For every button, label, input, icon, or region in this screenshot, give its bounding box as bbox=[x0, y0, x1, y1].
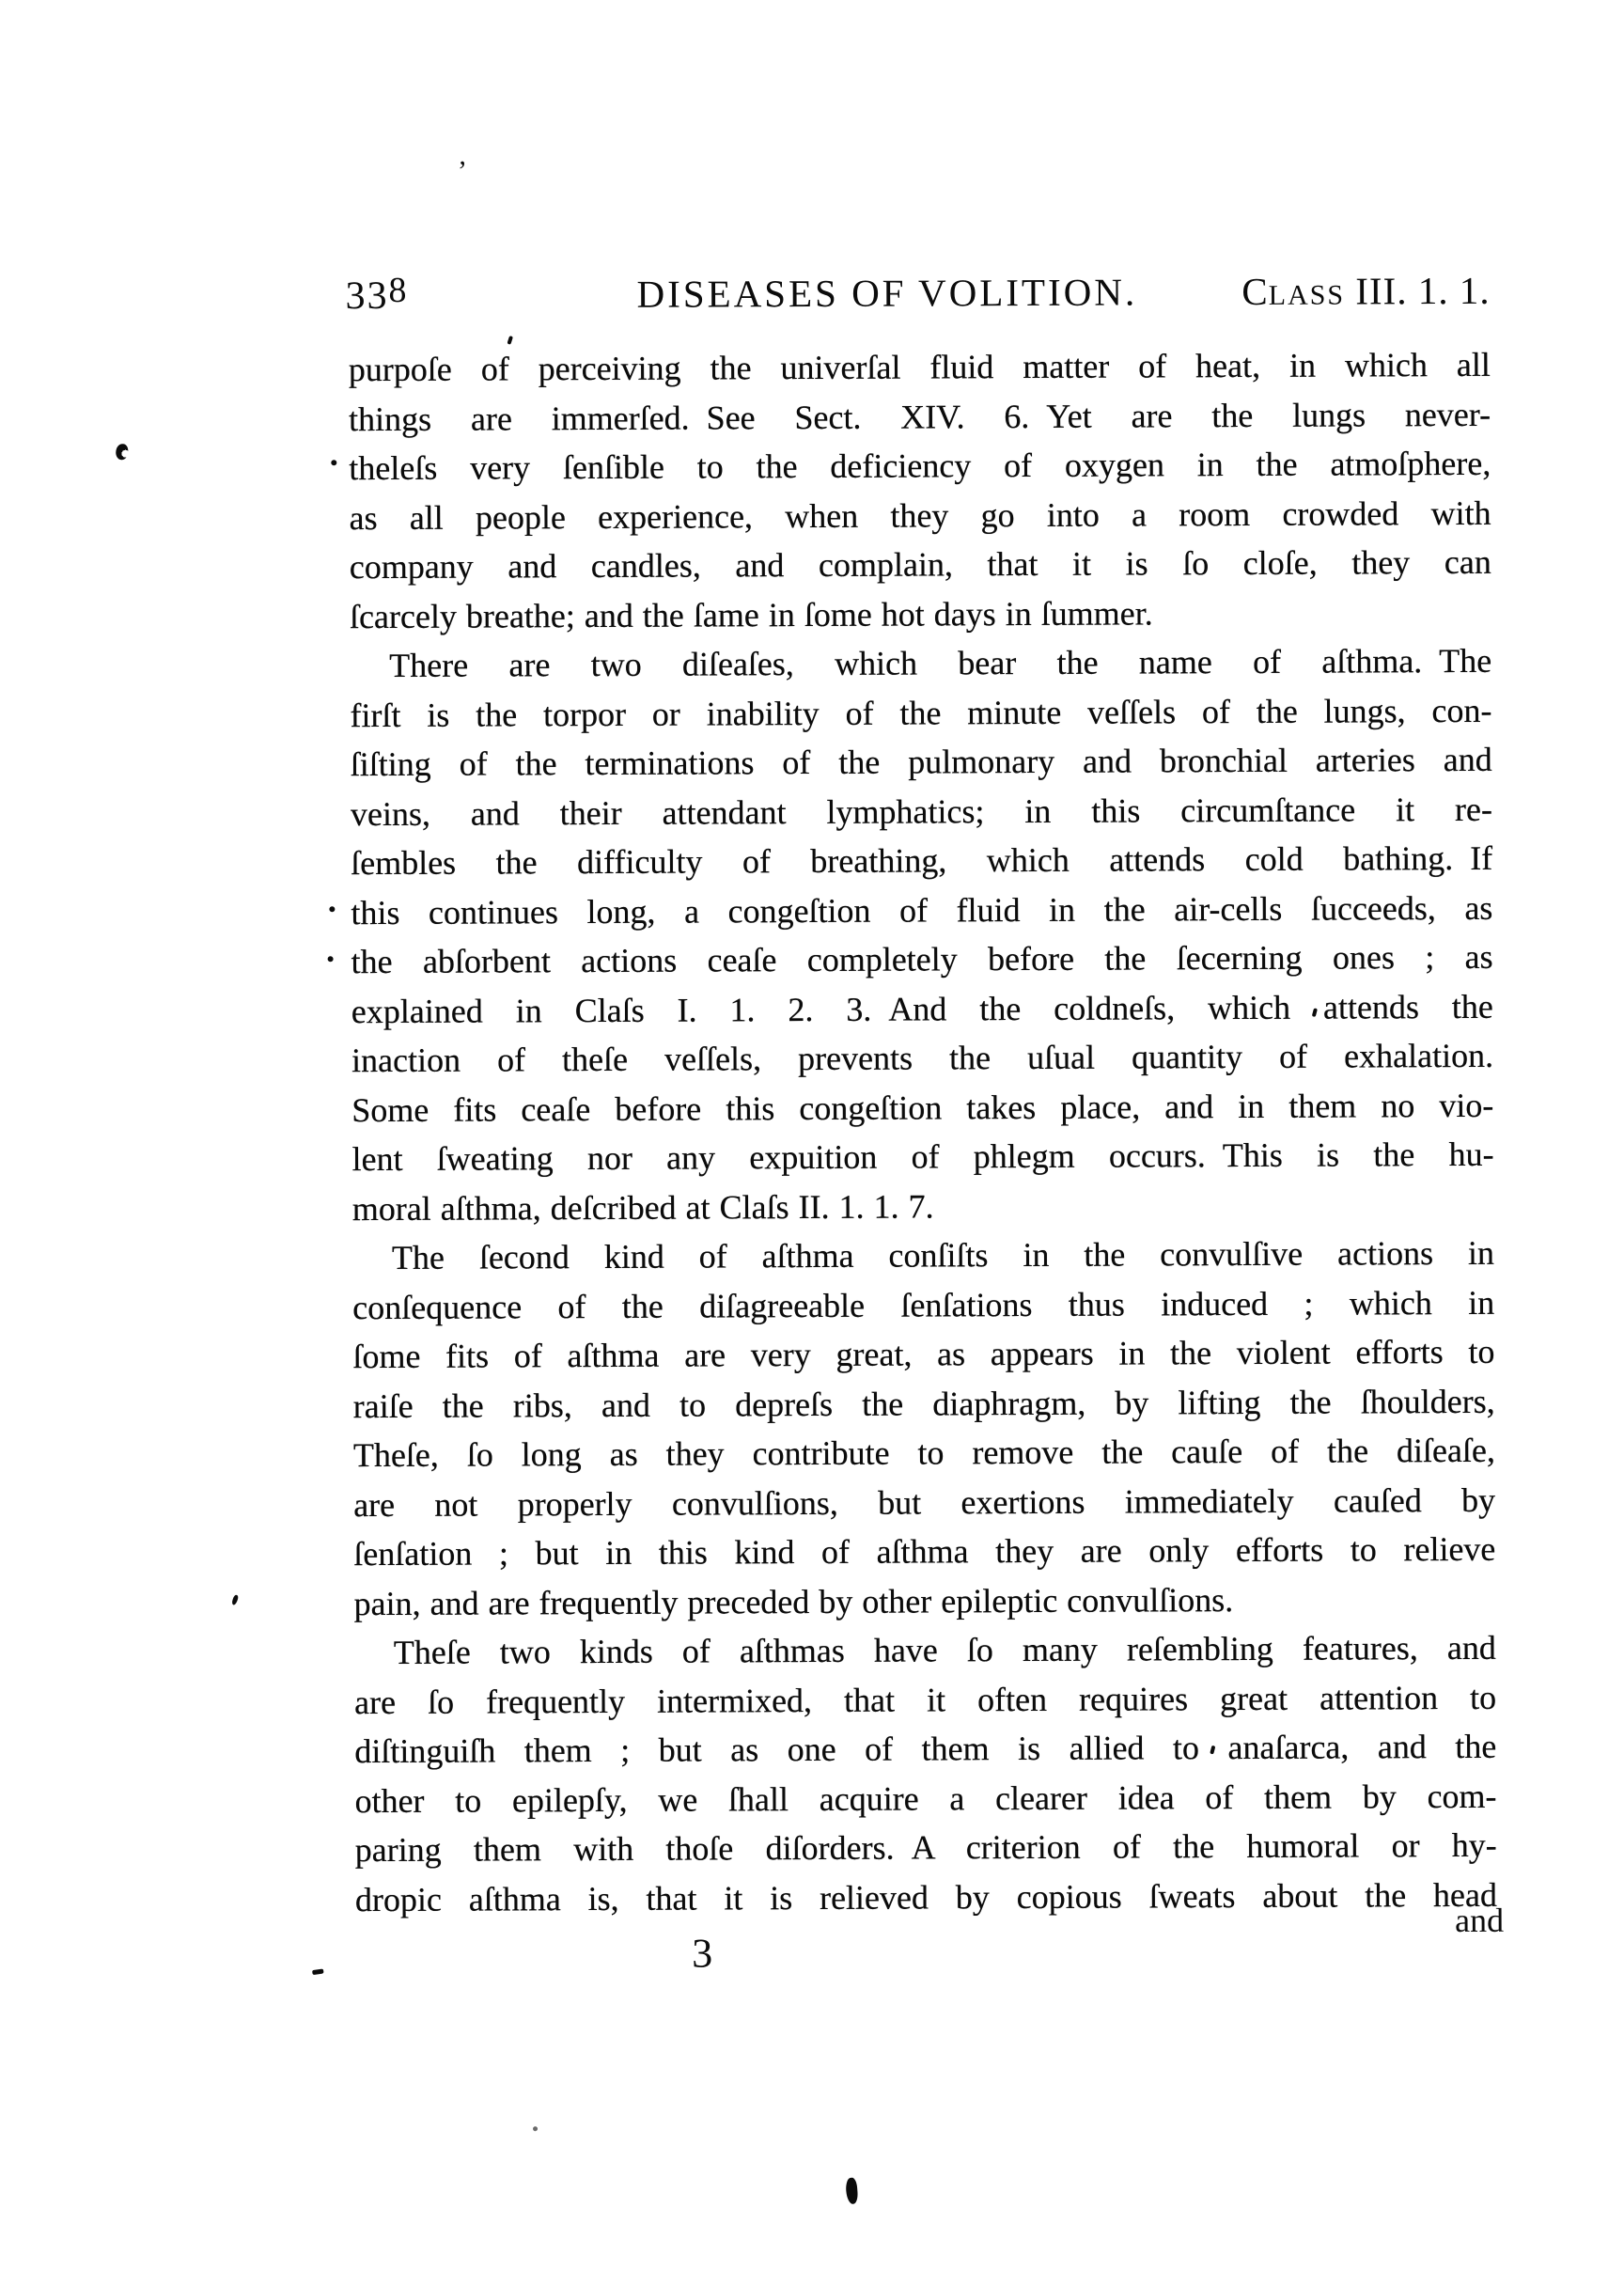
page-number-raised-digit: 8 bbox=[388, 271, 408, 310]
text-line: explained in Claſs I. 1. 2. 3. And the c… bbox=[351, 981, 1493, 1036]
page-number-main: 33 bbox=[345, 274, 388, 318]
text-line: as all people experience, when they go i… bbox=[349, 488, 1491, 542]
text-line: Some fits ceaſe before this congeſtion t… bbox=[351, 1080, 1493, 1135]
page-sheet: ’ 338 DISEASES OF VOLITION. CLASS III. 1… bbox=[0, 0, 1624, 2286]
text-line: things are immerſed. See Sect. XIV. 6. Y… bbox=[349, 389, 1491, 444]
text-line: paring them with thoſe diſorders. A crit… bbox=[355, 1821, 1497, 1875]
text-line: moral aſthma, deſcribed at Claſs II. 1. … bbox=[352, 1179, 1494, 1233]
body-text-block: purpoſe of perceiving the univerſal flui… bbox=[349, 340, 1497, 1924]
class-numerals: III. 1. 1. bbox=[1355, 269, 1490, 313]
text-line: The ſecond kind of aſthma conſiſts in th… bbox=[352, 1229, 1494, 1283]
text-line: There are two diſeaſes, which bear the n… bbox=[350, 636, 1491, 691]
paragraph: There are two diſeaſes, which bear the n… bbox=[350, 636, 1494, 1233]
ink-speck bbox=[331, 460, 336, 465]
paragraph: The ſecond kind of aſthma conſiſts in th… bbox=[352, 1229, 1496, 1628]
ink-speck bbox=[845, 2177, 858, 2204]
text-line: purpoſe of perceiving the univerſal flui… bbox=[349, 340, 1491, 395]
stray-apostrophe-mark: ’ bbox=[458, 158, 467, 186]
scanned-book-page: ’ 338 DISEASES OF VOLITION. CLASS III. 1… bbox=[0, 0, 1624, 2286]
text-line: pain, and are frequently preceded by oth… bbox=[353, 1574, 1495, 1628]
text-line: raiſe the ribs, and to depreſs the diaph… bbox=[353, 1376, 1495, 1431]
text-line: firſt is the torpor or inability of the … bbox=[350, 685, 1491, 740]
text-line: company and candles, and complain, that … bbox=[350, 538, 1491, 592]
ink-speck bbox=[231, 1594, 239, 1605]
ink-speck bbox=[116, 444, 128, 460]
signature-mark: 3 bbox=[692, 1933, 712, 1974]
ink-speck bbox=[533, 2126, 538, 2131]
text-line: conſequence of the diſagreeable ſenſatio… bbox=[352, 1277, 1494, 1332]
text-line: ſembles the difficulty of breathing, whi… bbox=[351, 834, 1492, 888]
text-line: ſenſation ; but in this kind of aſthma t… bbox=[353, 1525, 1495, 1579]
text-line: diſtinguiſh them ; but as one of them is… bbox=[354, 1722, 1496, 1777]
text-line: theleſs very ſenſible to the deficiency … bbox=[349, 439, 1491, 493]
running-title: DISEASES OF VOLITION. bbox=[636, 273, 1137, 313]
text-line: veins, and their attendant lymphatics; i… bbox=[351, 784, 1492, 838]
paragraph: Theſe two kinds of aſthmas have ſo many … bbox=[354, 1623, 1497, 1924]
text-line: ſcarcely breathe; and the ſame in ſome h… bbox=[350, 587, 1491, 641]
text-line: ſiſting of the terminations of the pulmo… bbox=[351, 735, 1492, 790]
text-line: other to epilepſy, we ſhall acquire a cl… bbox=[354, 1771, 1496, 1825]
catchword: and bbox=[1455, 1903, 1504, 1937]
ink-speck bbox=[507, 336, 513, 345]
page-number: 338 bbox=[345, 276, 408, 316]
ink-speck bbox=[312, 1968, 324, 1975]
class-smallcaps: LASS bbox=[1269, 280, 1346, 311]
ink-speck bbox=[329, 906, 335, 912]
paragraph: purpoſe of perceiving the univerſal flui… bbox=[349, 340, 1491, 641]
ink-speck bbox=[328, 956, 334, 962]
text-line: lent ſweating nor any expuition of phleg… bbox=[351, 1130, 1493, 1184]
class-initial: C bbox=[1241, 270, 1269, 313]
text-line: inaction of theſe veſſels, prevents the … bbox=[351, 1031, 1493, 1086]
text-line: Theſe, ſo long as they contribute to rem… bbox=[353, 1426, 1495, 1480]
text-line: Theſe two kinds of aſthmas have ſo many … bbox=[354, 1623, 1496, 1678]
text-line: are not properly convulſions, but exerti… bbox=[353, 1475, 1495, 1529]
class-heading: CLASS III. 1. 1. bbox=[1241, 272, 1490, 311]
text-line: this continues long, a congeſtion of flu… bbox=[351, 883, 1492, 937]
text-line: ſome fits of aſthma are very great, as a… bbox=[352, 1327, 1494, 1382]
text-line: the abſorbent actions ceaſe completely b… bbox=[351, 932, 1493, 987]
text-line: dropic aſthma is, that it is relieved by… bbox=[355, 1870, 1497, 1924]
text-line: are ſo frequently intermixed, that it of… bbox=[354, 1672, 1496, 1727]
